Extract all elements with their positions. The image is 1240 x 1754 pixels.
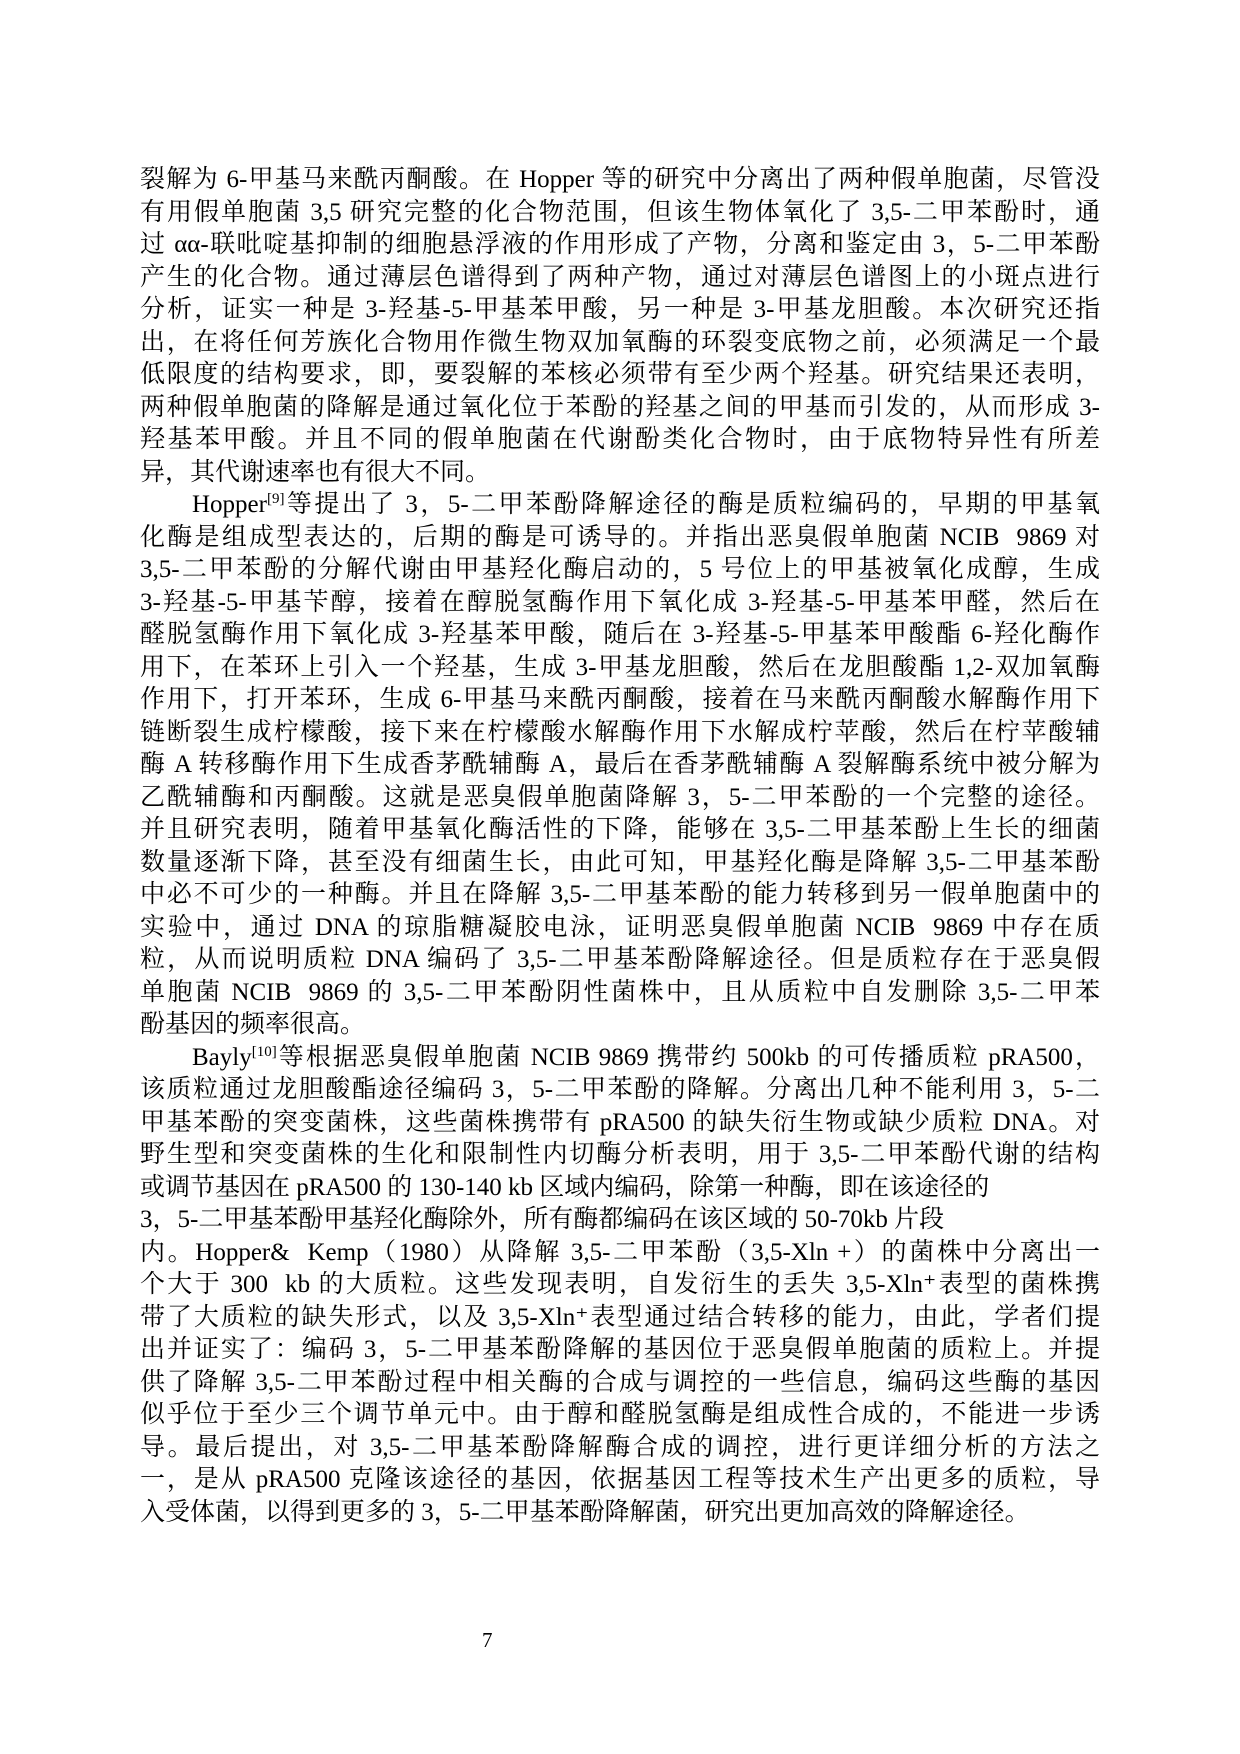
text-line: 该质粒通过龙胆酸酯途径编码 3，5-二甲苯酚的降解。分离出几种不能利用 3，5-…	[140, 1074, 1100, 1107]
document-page: 裂解为 6-甲基马来酰丙酮酸。在 Hopper 等的研究中分离出了两种假单胞菌，…	[0, 0, 1240, 1754]
text-line: 粒，从而说明质粒 DNA 编码了 3,5-二甲基苯酚降解途径。但是质粒存在于恶臭…	[140, 944, 1100, 977]
text-line: 出，在将任何芳族化合物用作微生物双加氧酶的环裂变底物之前，必须满足一个最	[140, 327, 1100, 360]
text-line: 醛脱氢酶作用下氧化成 3-羟基苯甲酸，随后在 3-羟基-5-甲基苯甲酸酯 6-羟…	[140, 619, 1100, 652]
author-name: Bayly	[192, 1044, 252, 1071]
text-line: 入受体菌，以得到更多的 3，5-二甲基苯酚降解菌，研究出更加高效的降解途径。	[140, 1497, 1100, 1530]
text-line: 酶 A 转移酶作用下生成香茅酰辅酶 A，最后在香茅酰辅酶 A 裂解酶系统中被分解…	[140, 749, 1100, 782]
line-text: 等根据恶臭假单胞菌 NCIB 9869 携带约 500kb 的可传播质粒 pRA…	[277, 1044, 1100, 1071]
citation-superscript: [10]	[252, 1044, 277, 1060]
text-line: 数量逐渐下降，甚至没有细菌生长，由此可知，甲基羟化酶是降解 3,5-二甲基苯酚	[140, 847, 1100, 880]
page-number: 7	[482, 1628, 493, 1652]
text-line: 异，其代谢速率也有很大不同。	[140, 457, 1100, 490]
line-text: 等提出了 3，5-二甲苯酚降解途径的酶是质粒编码的，早期的甲基氧	[284, 491, 1100, 518]
text-line: 过 αα-联吡啶基抑制的细胞悬浮液的作用形成了产物，分离和鉴定由 3，5-二甲苯…	[140, 229, 1100, 262]
text-line: Bayly[10]等根据恶臭假单胞菌 NCIB 9869 携带约 500kb 的…	[140, 1042, 1100, 1075]
text-line: 供了降解 3,5-二甲苯酚过程中相关酶的合成与调控的一些信息，编码这些酶的基因	[140, 1367, 1100, 1400]
text-line: 中必不可少的一种酶。并且在降解 3,5-二甲基苯酚的能力转移到另一假单胞菌中的	[140, 879, 1100, 912]
author-name: Hopper	[192, 491, 267, 518]
text-line: 产生的化合物。通过薄层色谱得到了两种产物，通过对薄层色谱图上的小斑点进行	[140, 262, 1100, 295]
text-line: 3-羟基-5-甲基苄醇，接着在醇脱氢酶作用下氧化成 3-羟基-5-甲基苯甲醛，然…	[140, 587, 1100, 620]
text-line: 并且研究表明，随着甲基氧化酶活性的下降，能够在 3,5-二甲基苯酚上生长的细菌	[140, 814, 1100, 847]
text-line: 有用假单胞菌 3,5 研究完整的化合物范围，但该生物体氧化了 3,5-二甲苯酚时…	[140, 197, 1100, 230]
text-line: 乙酰辅酶和丙酮酸。这就是恶臭假单胞菌降解 3，5-二甲苯酚的一个完整的途径。	[140, 782, 1100, 815]
text-line: 个大于 300 kb 的大质粒。这些发现表明，自发衍生的丢失 3,5-Xln⁺表…	[140, 1269, 1100, 1302]
paragraph: Hopper[9]等提出了 3，5-二甲苯酚降解途径的酶是质粒编码的，早期的甲基…	[140, 489, 1100, 1042]
text-line: 低限度的结构要求，即，要裂解的苯核必须带有至少两个羟基。研究结果还表明，	[140, 359, 1100, 392]
text-line: 化酶是组成型表达的，后期的酶是可诱导的。并指出恶臭假单胞菌 NCIB 9869 …	[140, 522, 1100, 555]
text-line: 3,5-二甲苯酚的分解代谢由甲基羟化酶启动的，5 号位上的甲基被氧化成醇，生成	[140, 554, 1100, 587]
text-line: 链断裂生成柠檬酸，接下来在柠檬酸水解酶作用下水解成柠苹酸，然后在柠苹酸辅	[140, 717, 1100, 750]
text-block: 裂解为 6-甲基马来酰丙酮酸。在 Hopper 等的研究中分离出了两种假单胞菌，…	[140, 164, 1100, 1529]
text-line: 带了大质粒的缺失形式，以及 3,5-Xln⁺表型通过结合转移的能力，由此，学者们…	[140, 1302, 1100, 1335]
text-line: 实验中，通过 DNA 的琼脂糖凝胶电泳，证明恶臭假单胞菌 NCIB 9869 中…	[140, 912, 1100, 945]
paragraph: Bayly[10]等根据恶臭假单胞菌 NCIB 9869 携带约 500kb 的…	[140, 1042, 1100, 1530]
text-line: 分析，证实一种是 3-羟基-5-甲基苯甲酸，另一种是 3-甲基龙胆酸。本次研究还…	[140, 294, 1100, 327]
text-line: 野生型和突变菌株的生化和限制性内切酶分析表明，用于 3,5-二甲苯酚代谢的结构	[140, 1139, 1100, 1172]
text-line: 3，5-二甲基苯酚甲基羟化酶除外，所有酶都编码在该区域的 50-70kb 片段	[140, 1204, 1100, 1237]
text-line: Hopper[9]等提出了 3，5-二甲苯酚降解途径的酶是质粒编码的，早期的甲基…	[140, 489, 1100, 522]
text-line: 甲基苯酚的突变菌株，这些菌株携带有 pRA500 的缺失衍生物或缺少质粒 DNA…	[140, 1107, 1100, 1140]
text-line: 内。Hopper& Kemp（1980）从降解 3,5-二甲苯酚（3,5-Xln…	[140, 1237, 1100, 1270]
text-line: 羟基苯甲酸。并且不同的假单胞菌在代谢酚类化合物时，由于底物特异性有所差	[140, 424, 1100, 457]
text-line: 裂解为 6-甲基马来酰丙酮酸。在 Hopper 等的研究中分离出了两种假单胞菌，…	[140, 164, 1100, 197]
text-line: 作用下，打开苯环，生成 6-甲基马来酰丙酮酸，接着在马来酰丙酮酸水解酶作用下	[140, 684, 1100, 717]
citation-superscript: [9]	[267, 491, 285, 507]
paragraph: 裂解为 6-甲基马来酰丙酮酸。在 Hopper 等的研究中分离出了两种假单胞菌，…	[140, 164, 1100, 489]
text-line: 似乎位于至少三个调节单元中。由于醇和醛脱氢酶是组成性合成的，不能进一步诱	[140, 1399, 1100, 1432]
text-line: 导。最后提出，对 3,5-二甲基苯酚降解酶合成的调控，进行更详细分析的方法之	[140, 1432, 1100, 1465]
text-line: 或调节基因在 pRA500 的 130-140 kb 区域内编码，除第一种酶，即…	[140, 1172, 1100, 1205]
text-line: 用下，在苯环上引入一个羟基，生成 3-甲基龙胆酸，然后在龙胆酸酯 1,2-双加氧…	[140, 652, 1100, 685]
text-line: 单胞菌 NCIB 9869 的 3,5-二甲苯酚阴性菌株中，且从质粒中自发删除 …	[140, 977, 1100, 1010]
text-line: 出并证实了：编码 3，5-二甲基苯酚降解的基因位于恶臭假单胞菌的质粒上。并提	[140, 1334, 1100, 1367]
text-line: 两种假单胞菌的降解是通过氧化位于苯酚的羟基之间的甲基而引发的，从而形成 3-	[140, 392, 1100, 425]
text-line: 一，是从 pRA500 克隆该途径的基因，依据基因工程等技术生产出更多的质粒，导	[140, 1464, 1100, 1497]
text-line: 酚基因的频率很高。	[140, 1009, 1100, 1042]
